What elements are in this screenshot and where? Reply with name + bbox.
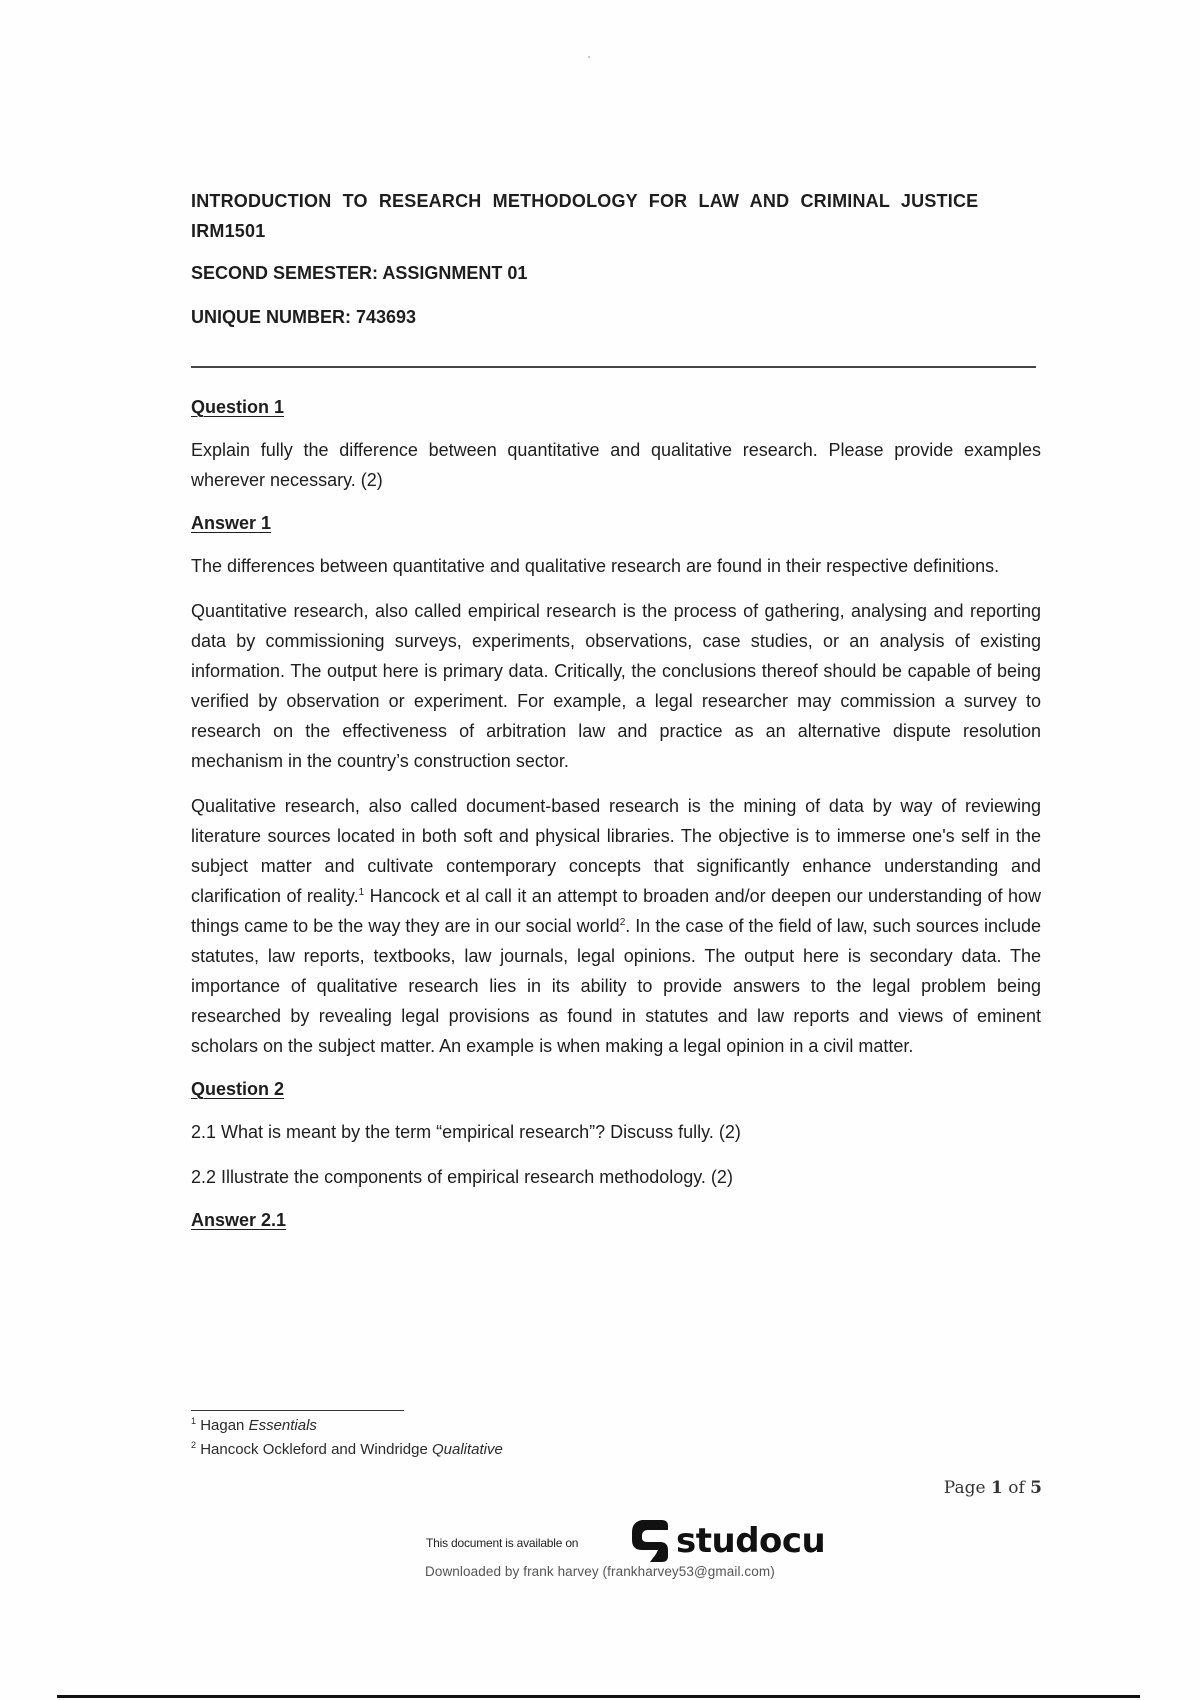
unique-number: UNIQUE NUMBER: 743693	[191, 304, 1041, 330]
page-bottom-border	[57, 1695, 1140, 1698]
footnotes: 1 Hagan Essentials 2 Hancock Ockleford a…	[191, 1414, 503, 1462]
question-1-text: Explain fully the difference between qua…	[191, 435, 1041, 495]
footnote-1: 1 Hagan Essentials	[191, 1414, 503, 1438]
answer-2-1-heading: Answer 2.1	[191, 1207, 1041, 1233]
scan-artifact-dot	[588, 56, 590, 58]
course-title-line1: INTRODUCTION TO RESEARCH METHODOLOGY FOR…	[191, 191, 978, 211]
question-2-1-text: 2.1 What is meant by the term “empirical…	[191, 1117, 1041, 1147]
studocu-wordmark: studocu	[676, 1521, 825, 1561]
studocu-s-icon	[628, 1518, 670, 1564]
course-code: IRM1501	[191, 221, 265, 241]
question-1-heading: Question 1	[191, 394, 1041, 420]
course-title: INTRODUCTION TO RESEARCH METHODOLOGY FOR…	[191, 186, 1041, 246]
question-2-2-text: 2.2 Illustrate the components of empiric…	[191, 1162, 1041, 1192]
semester-label: SECOND SEMESTER: ASSIGNMENT 01	[191, 260, 1041, 286]
answer-1-heading: Answer 1	[191, 510, 1041, 536]
answer-1-paragraph-2: Quantitative research, also called empir…	[191, 596, 1041, 776]
question-2-heading: Question 2	[191, 1076, 1041, 1102]
availability-text: This document is available on	[426, 1536, 578, 1550]
studocu-logo[interactable]: studocu	[628, 1518, 825, 1564]
page-number: Page 1 of 5	[944, 1478, 1042, 1498]
answer-1-paragraph-3: Qualitative research, also called docume…	[191, 791, 1041, 1061]
document-page: INTRODUCTION TO RESEARCH METHODOLOGY FOR…	[0, 0, 1200, 1700]
answer-1-paragraph-1: The differences between quantitative and…	[191, 551, 1041, 581]
downloaded-by-text: Downloaded by frank harvey (frankharvey5…	[425, 1564, 775, 1579]
document-body: INTRODUCTION TO RESEARCH METHODOLOGY FOR…	[191, 186, 1041, 1233]
footnote-2: 2 Hancock Ockleford and Windridge Qualit…	[191, 1438, 503, 1462]
studocu-banner: This document is available on studocu	[0, 1518, 1200, 1568]
footnote-separator	[191, 1410, 404, 1411]
